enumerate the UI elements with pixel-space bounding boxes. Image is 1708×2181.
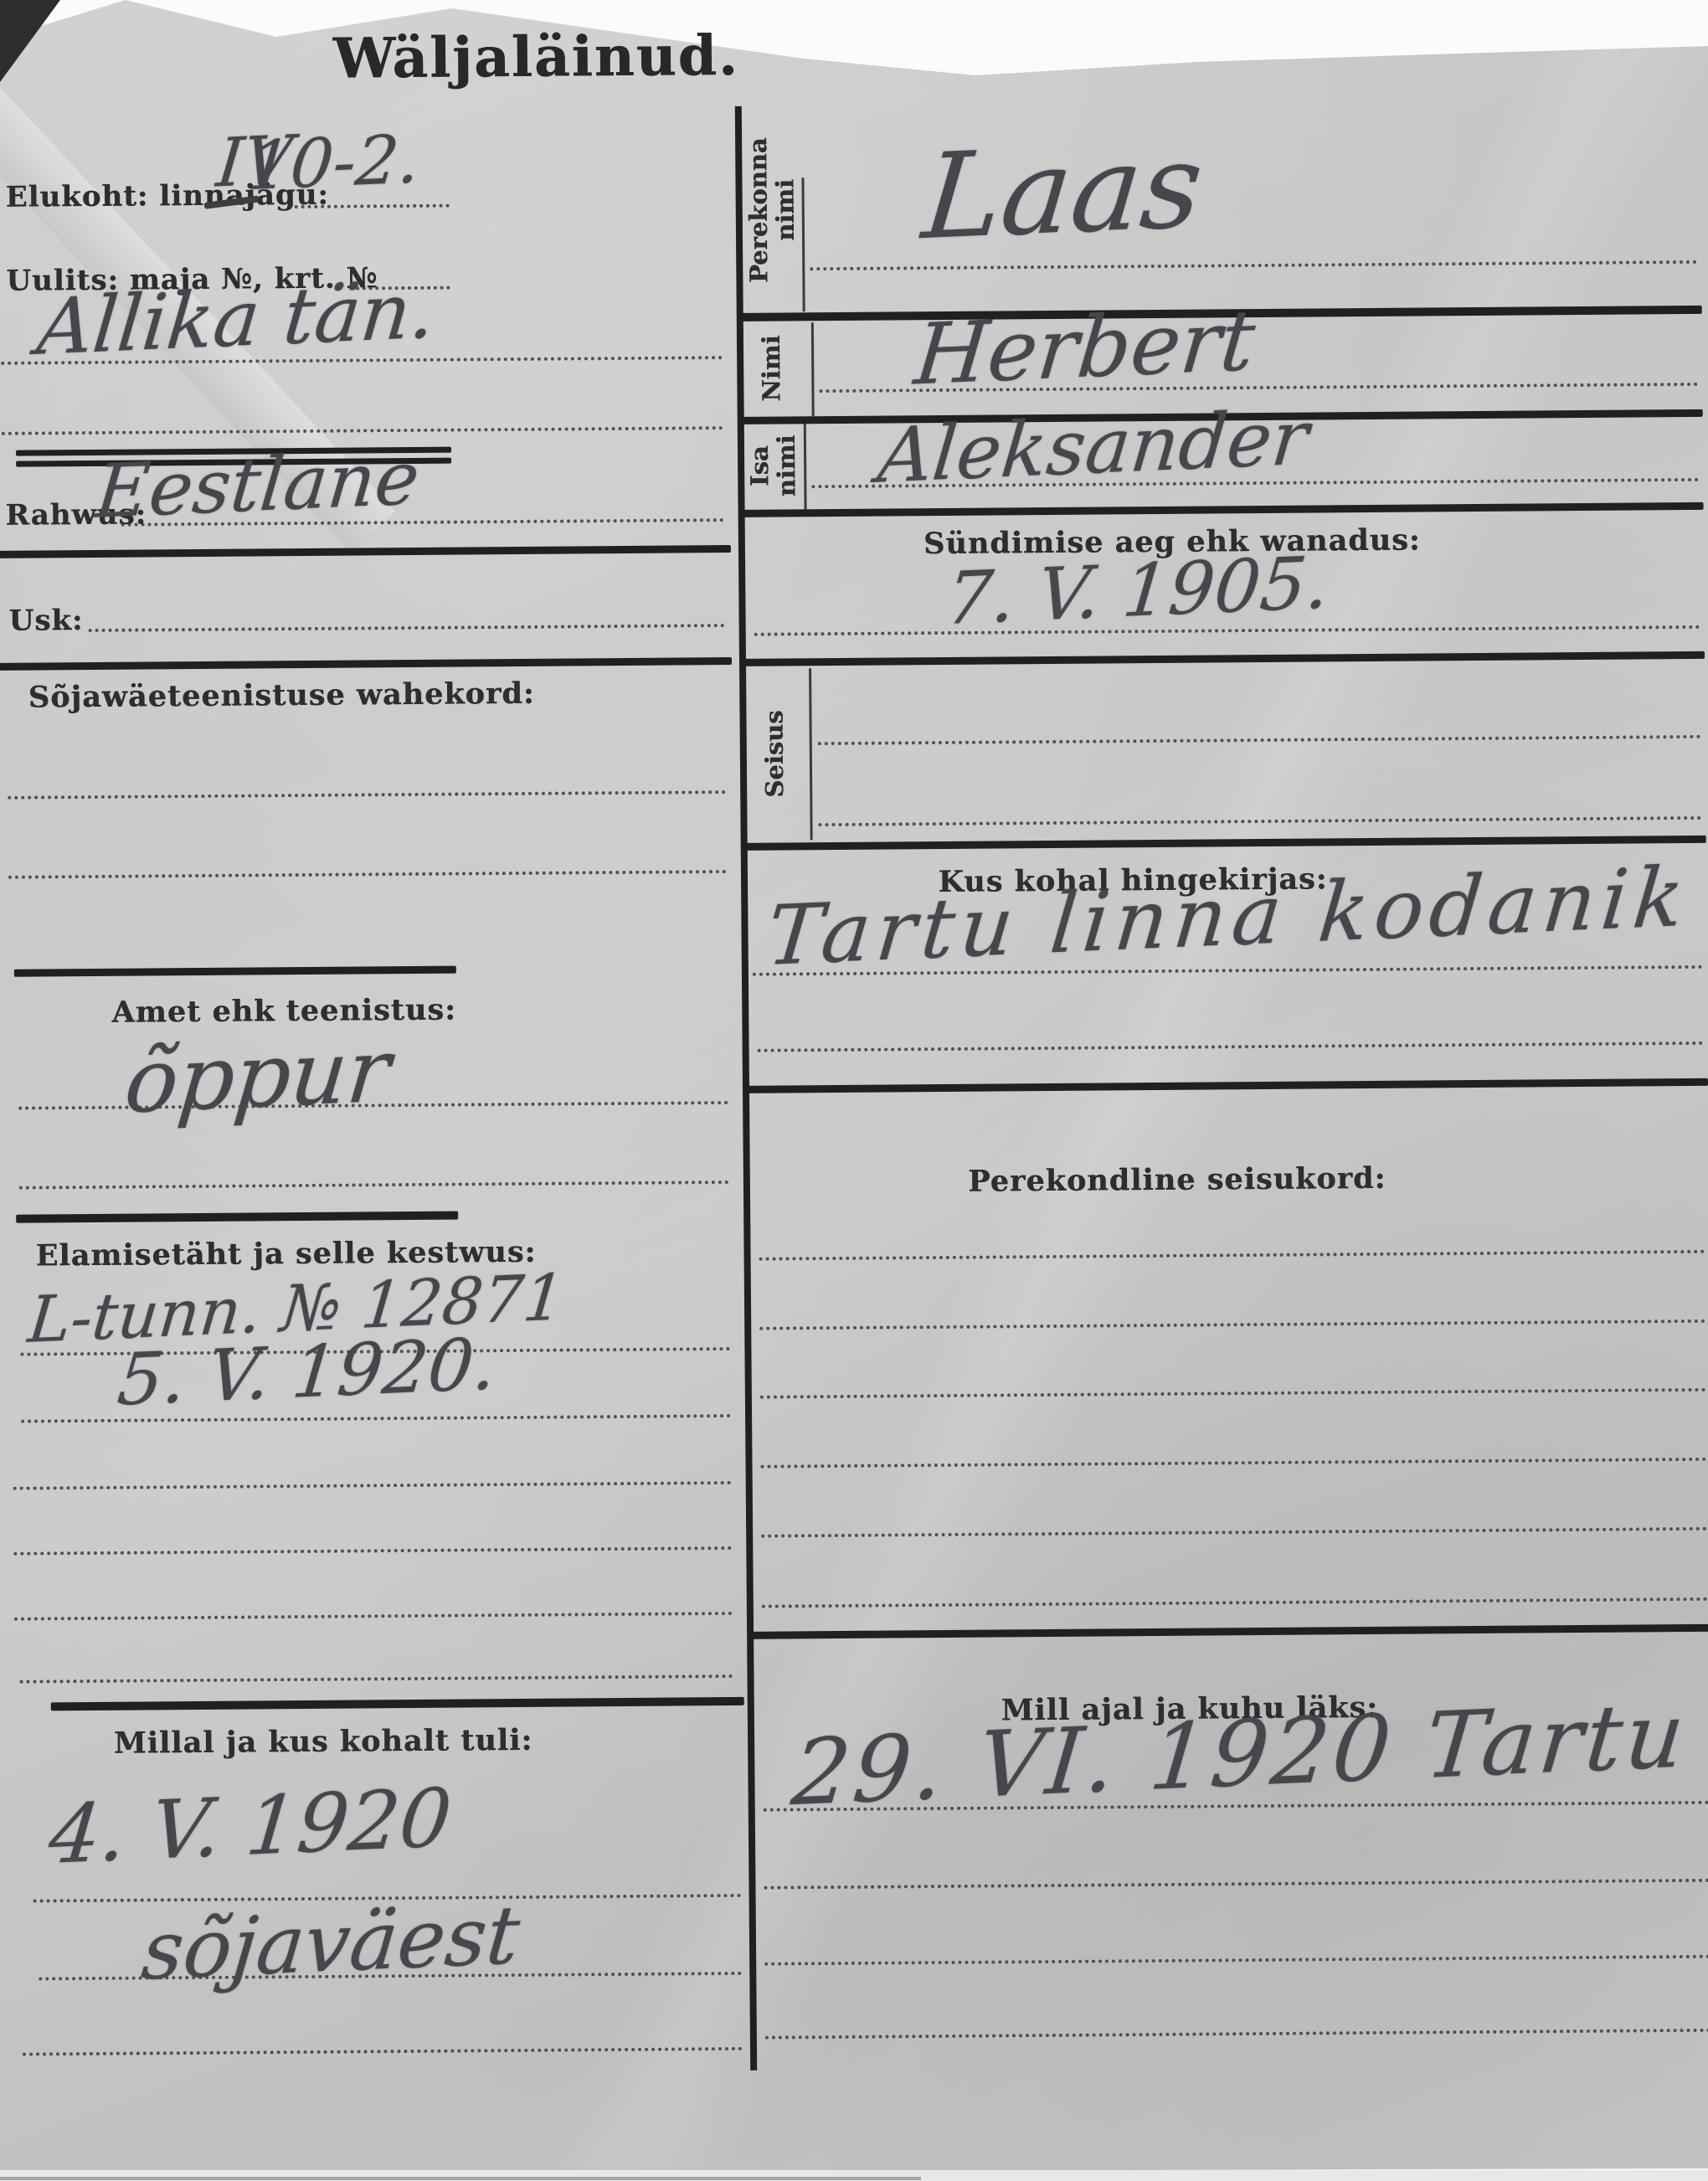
label-column-rule: [809, 668, 813, 840]
section-rule: [749, 1624, 1708, 1639]
section-rule: [14, 966, 456, 977]
section-rule: [0, 657, 732, 671]
heading-sojawaeteenistus: Sõjawäeteenistuse wahekord:: [0, 676, 566, 715]
dotted-line: [760, 1388, 1706, 1399]
handwritten-isa-nimi: Aleksander: [875, 400, 1312, 494]
section-rule: [745, 1078, 1708, 1093]
handwritten-elamisetaht-2: 5. V. 1920.: [115, 1329, 500, 1417]
dotted-line: [2, 426, 723, 435]
form-title: Wäljaläinud.: [201, 22, 872, 92]
label-column-rule: [811, 322, 815, 416]
field-label-isa-nimi: Isa nimi: [745, 424, 803, 508]
dotted-line: [762, 1597, 1708, 1608]
handwritten-amet: õppur: [121, 1026, 394, 1126]
heading-perekondline: Perekondline seisukord:: [759, 1160, 1596, 1201]
dotted-line: [819, 816, 1702, 826]
dotted-line: [761, 1458, 1707, 1469]
dotted-line: [13, 1481, 732, 1490]
dotted-line: [19, 1181, 729, 1190]
form-content: Wäljaläinud.: [0, 0, 1708, 2181]
dotted-line: [818, 735, 1701, 745]
field-label-nimi: Nimi: [746, 324, 799, 412]
dotted-line: [20, 1674, 733, 1684]
section-rule: [16, 1211, 458, 1223]
section-rule: [51, 1697, 744, 1711]
handwritten-tuli-kuupaev: 4. V. 1920: [45, 1777, 455, 1875]
section-rule: [0, 545, 731, 558]
heading-millal-tuli: Millal ja kus kohalt tuli:: [22, 1722, 625, 1762]
handwritten-perekonna-nimi: Laas: [918, 127, 1207, 257]
dotted-line: [759, 1319, 1705, 1330]
field-label-perekonna-nimi: Perekonna nimi: [740, 111, 805, 309]
section-rule: [741, 502, 1704, 517]
dotted-line: [8, 790, 726, 800]
scanned-registration-card: Wäljaläinud.: [0, 0, 1708, 2181]
dotted-line: [764, 1955, 1708, 1966]
handwritten-tuli-koht: sõjaväest: [139, 1895, 523, 1992]
dotted-line: [758, 1042, 1704, 1052]
dotted-line: [761, 1527, 1707, 1538]
handwritten-nimi: Herbert: [911, 299, 1258, 398]
dotted-line: [8, 870, 727, 879]
section-rule: [743, 836, 1706, 851]
dotted-line: [14, 1612, 733, 1621]
handwritten-sundimise-aeg: 7. V. 1905.: [943, 547, 1332, 635]
dotted-line: [89, 624, 725, 632]
dotted-line: [765, 2029, 1708, 2040]
section-rule: [742, 651, 1705, 666]
field-label-usk: Usk:: [8, 604, 83, 638]
label-column-rule: [804, 423, 807, 510]
dotted-line: [759, 1250, 1705, 1261]
dotted-line: [23, 2047, 743, 2056]
dotted-line: [764, 1879, 1708, 1890]
dotted-line: [13, 1546, 732, 1556]
handwritten-rahwus: Eestlane: [92, 441, 422, 529]
handwritten-uulits: Allika tän.: [33, 272, 438, 367]
field-label-seisus: Seisus: [749, 670, 802, 837]
handwritten-maja-nr: 10-2.: [244, 126, 423, 200]
